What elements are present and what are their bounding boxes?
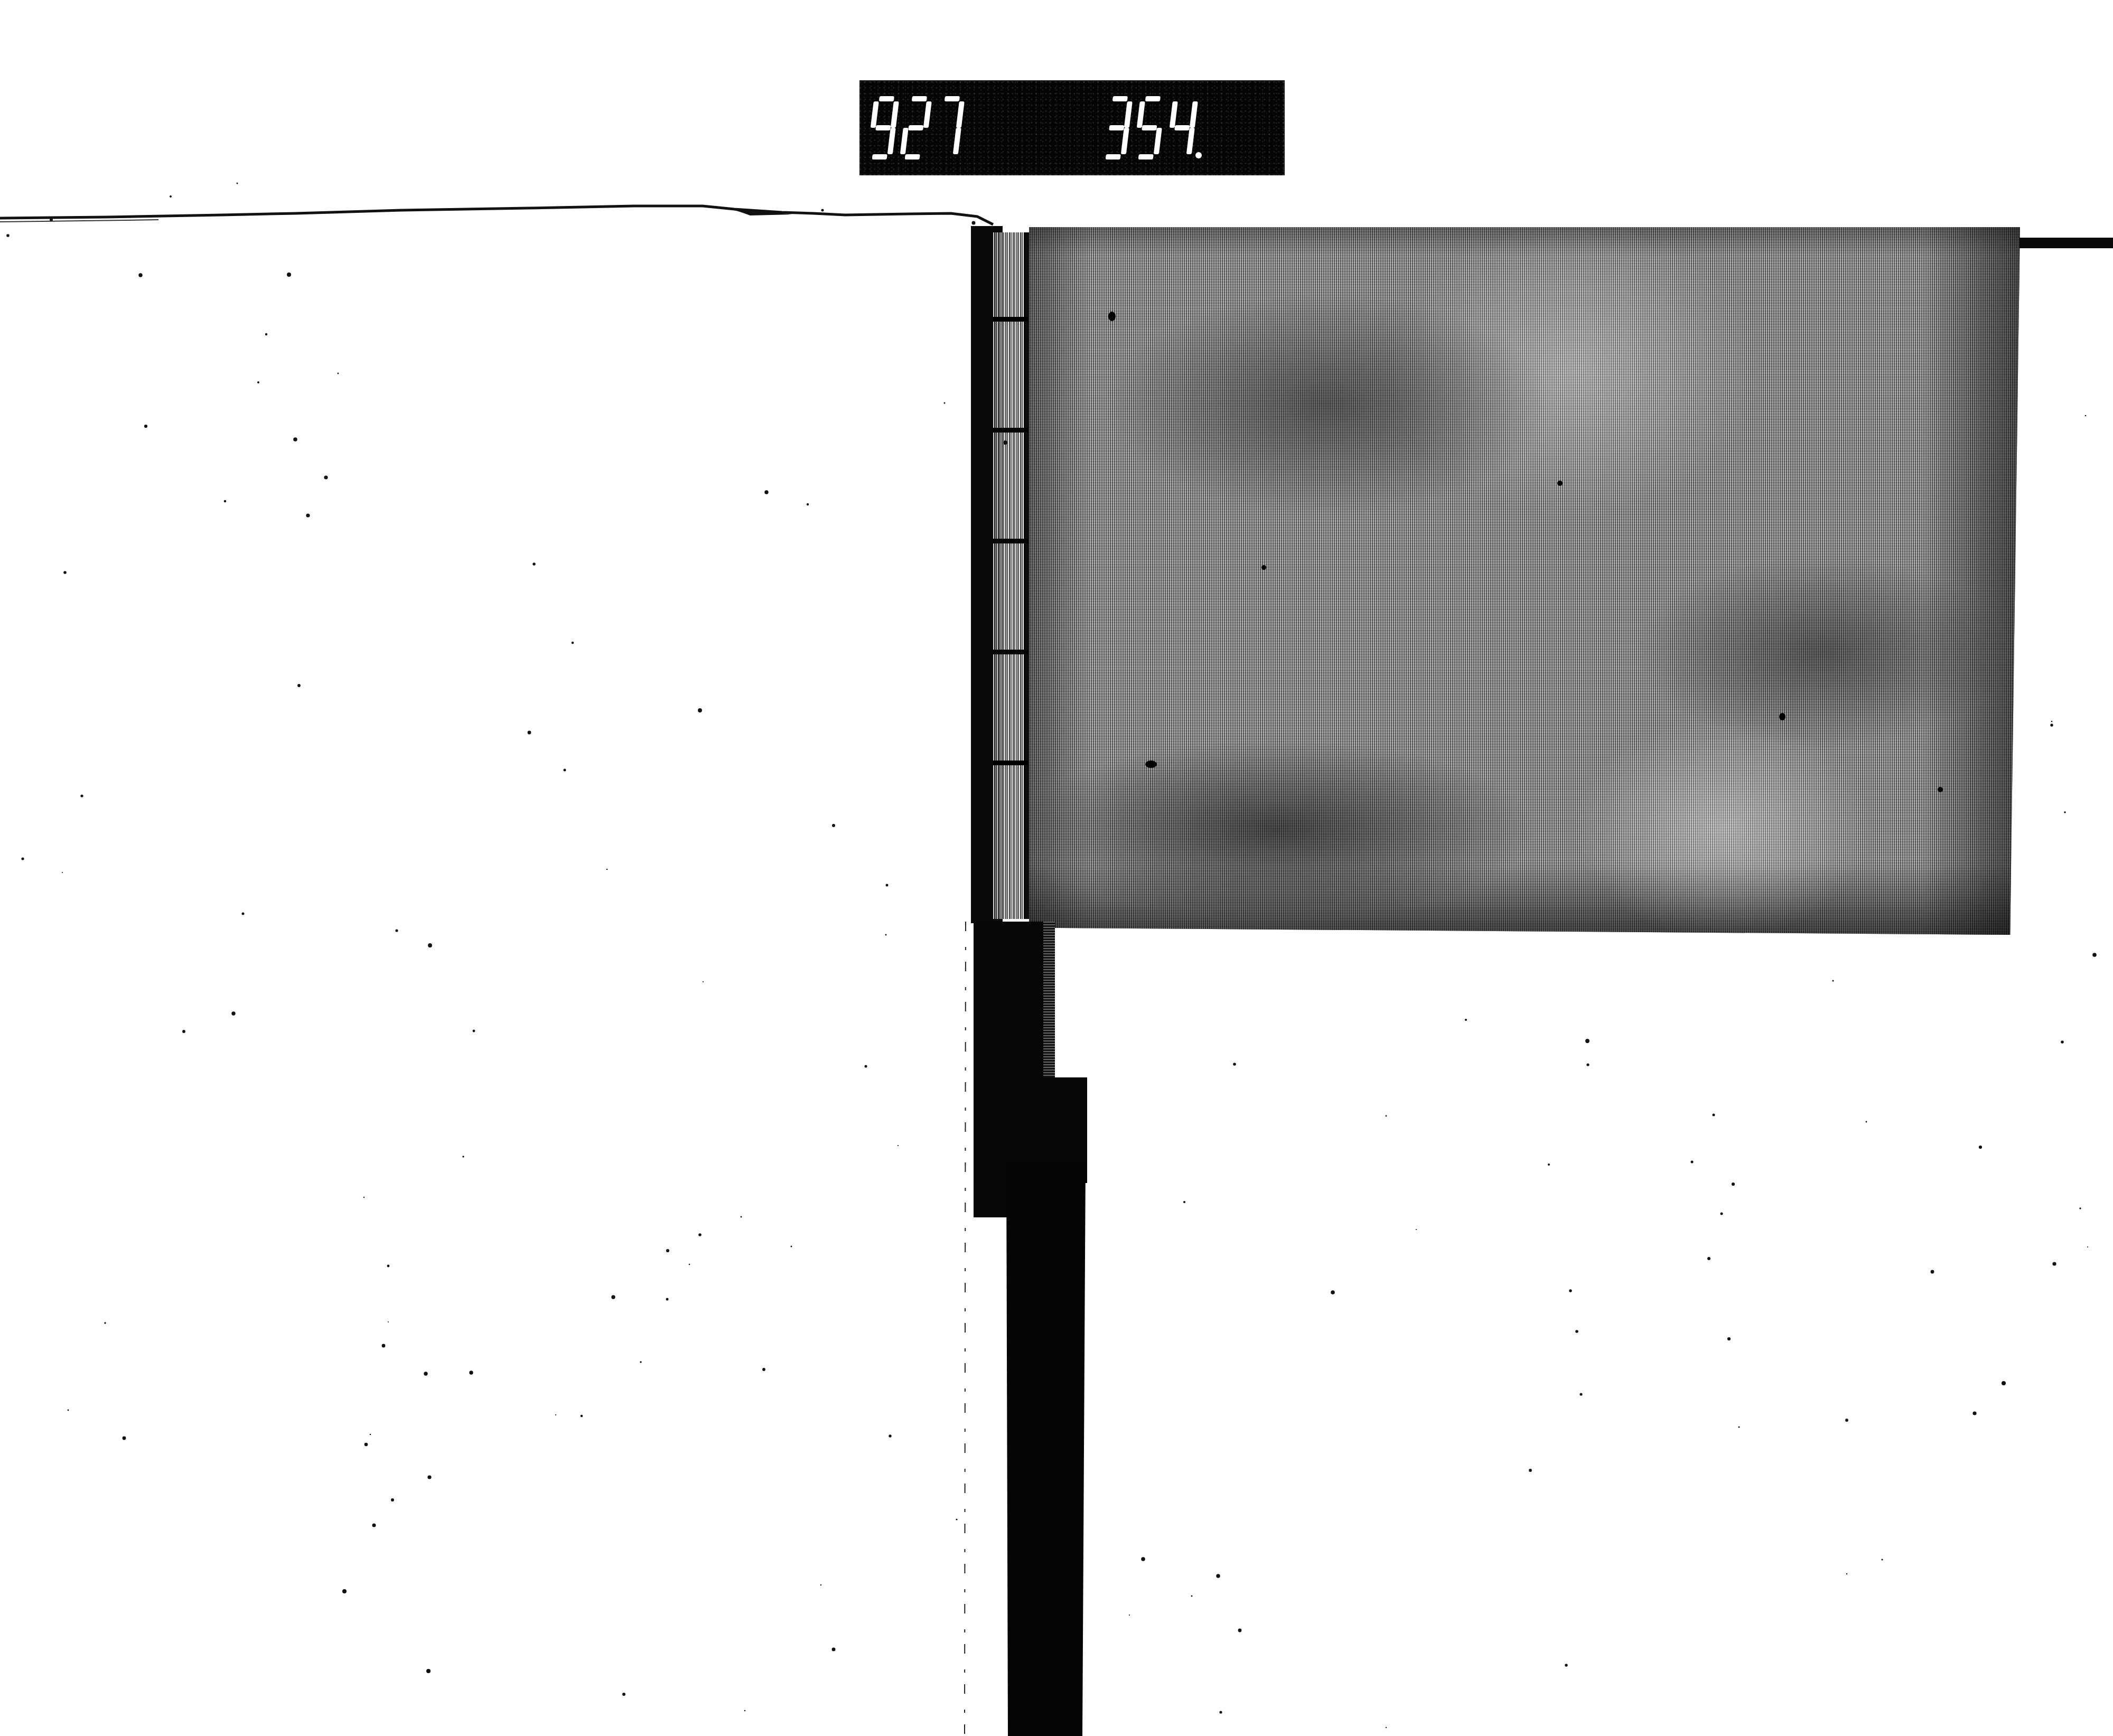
binding-stitch — [993, 650, 1028, 654]
binding-stitch — [993, 317, 1028, 322]
seven-segment-digits — [859, 80, 1285, 175]
cover-stain — [1938, 787, 1943, 792]
cover-stain — [1261, 565, 1266, 570]
left-page-top-edge — [0, 201, 1004, 232]
cover-stain — [1779, 713, 1785, 720]
binding-stitch — [993, 428, 1028, 433]
gutter-shadow-lower — [1006, 1162, 1086, 1736]
cover-stain — [1557, 481, 1563, 486]
book-cover — [1029, 227, 2020, 935]
binding-stitch — [993, 539, 1028, 543]
cover-stain — [1145, 761, 1157, 768]
page-edge-sliver — [1043, 922, 1055, 1080]
adjacent-page-edge — [2019, 238, 2113, 248]
left-page-dashed-edge — [960, 922, 976, 1735]
spine-paper-strip — [993, 232, 1025, 919]
catalog-number-label: 927 354. — [859, 80, 1285, 175]
cover-stain — [1108, 312, 1116, 321]
binding-stitch — [993, 761, 1028, 765]
